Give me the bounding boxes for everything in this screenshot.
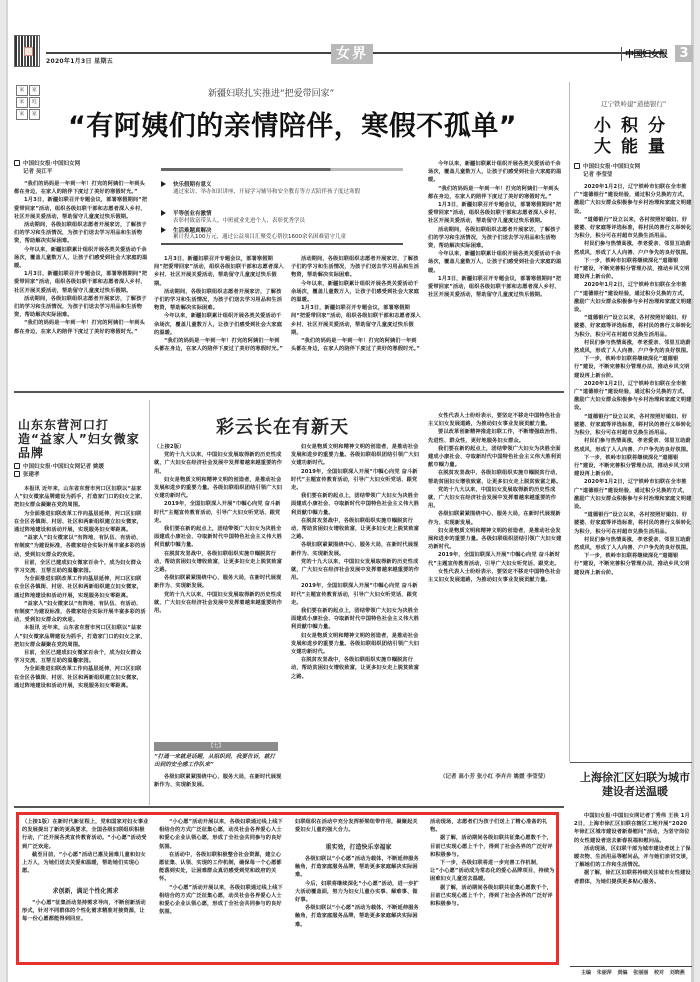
middle-body-col3: 女性代表人士纷纷表示，要坚定不移走中国特色社会主义妇女发展道路，为推动妇女事业发… (428, 412, 562, 768)
lead-body-col3: 活动期间，各级妇联组织志愿者开展家访，了解孩子们的学习和生活情况，为孩子们送去学… (291, 255, 421, 383)
pull-quote-text: “打通一来就是话题，从组织到，我要告诉，就打出到的安全感工作队来” (154, 753, 278, 769)
middle-body-col2: 妇女是物质文明和精神文明的创造者，是推动社会发展和进步的重要力量。各级妇联组织团… (291, 443, 421, 803)
middle-headline[interactable]: 彩云长在有新天 (216, 413, 349, 439)
right-kicker: 辽宁铁岭建“道德银行” (601, 99, 666, 108)
left-body: 本报讯 近年来，山东省东营市河口区妇联以“益家人”妇女微家品牌建设为抓手，打造家… (14, 485, 146, 803)
lead-byline: 中国妇女报·中国妇女网 记者 吴江平 (14, 160, 80, 176)
highlight-col2: “小心愿”活动开展以来，各级妇联通过线上线下相结合的方式广泛征集心愿，动员社会各… (159, 818, 286, 961)
column-logo-icon: 家家 家庭 家家 (16, 85, 40, 117)
section-rule (14, 391, 564, 393)
middle-body-col1b: 各级妇联紧紧围绕中心、服务大局，在新时代展现新作为、实现新发展。 (154, 773, 284, 803)
highlight-col4: 活动现场，志愿者们为孩子们送上了精心准备的礼物。 据了解，活动期间各级妇联共征集… (430, 818, 555, 961)
column-divider (569, 82, 570, 762)
right-byline: 中国妇女报·中国妇女网 记者 李莹莹 (574, 163, 640, 179)
highlight-col3b: 各级妇联以“小心愿”活动为载体，不断延伸服务触角，打造家庭服务品牌，帮助更多家庭… (295, 855, 422, 961)
lead-headline[interactable]: “有阿姨们的亲情陪伴，寒假不孤单” (68, 104, 517, 143)
pull-quote-label: 【七】 (154, 742, 278, 751)
byline-box-icon (14, 471, 20, 477)
editor-credits: 主编 朱丽萍 责编 张丽丽 校对 刘晓燕 (581, 969, 685, 976)
lead-body-col1: “我们的妈妈是一年到一年！打完的阿姨们一年到头都在身边，在家人的陪伴下度过了美好… (14, 180, 149, 385)
byline-box-icon (14, 160, 20, 166)
highlight-col3: 妇联组织在活动中充分发挥桥梁纽带作用，凝聚起关爱妇女儿童的强大合力。 (295, 818, 422, 842)
qr-code[interactable] (14, 35, 40, 67)
left-headline[interactable]: 山东东营河口打造“益家人”妇女微家品牌 (18, 418, 143, 460)
lead-body-col2: 1月3日，新疆妇联召开专题会议，部署寒假期间“把爱带回家”活动，组织各级妇联干部… (154, 255, 284, 383)
right-body: 2020年1月2日，辽宁铁岭市妇联在全市推广“道德银行”建设经验，通过积分兑换的… (574, 183, 692, 761)
footer-rule (570, 966, 692, 967)
newspaper-page: 2020年1月3日 星期五 女界 中国妇女报 3 家家 家庭 家家 新疆妇联扎实… (6, 0, 694, 982)
issue-date: 2020年1月3日 星期五 (46, 56, 113, 65)
right-headline[interactable]: 小积分 大能量 (594, 116, 690, 158)
byline-box-icon (14, 463, 20, 469)
triangle-bullet-icon (161, 181, 166, 187)
lead-body-col4: 今年以来，新疆妇联累计组织开展各类关爱活动千余场次，覆盖儿童数万人，让孩子们感受… (428, 160, 562, 383)
newspaper-brand: 中国妇女报 (625, 47, 668, 60)
highlight-col1: （上接1版）在新时代新征程上，党和国家对妇女事业的发展提出了新的更高要求，全国各… (22, 818, 149, 884)
highlighted-article-box[interactable]: （上接1版）在新时代新征程上，党和国家对妇女事业的发展提出了新的更高要求，全国各… (16, 812, 559, 965)
brand-divider (621, 47, 622, 61)
box-bottom-rule (161, 243, 403, 245)
section-rule (14, 806, 564, 808)
section-rule (570, 762, 692, 763)
highlight-subhead-2: 重实效，打造快乐幸福家 (295, 843, 422, 853)
column-divider (149, 400, 150, 805)
page-number: 3 (675, 45, 693, 62)
byline-box-icon (574, 163, 580, 169)
lead-highlights-box: 快乐假期有意义 通过家访、举办知识讲座、开展学习辅导和安全教育等方式陪伴孩子度过… (161, 168, 433, 246)
section-label: 女界 (331, 44, 373, 64)
left-byline: 中国妇女报·中国妇女网记者 姚媛 张建孝 (14, 463, 104, 479)
bottom-right-body: 中国妇女报·中国妇女网记者丁秀伟 王侠 1月2日，上海市徐汇区妇联在辖区工地开展… (574, 812, 692, 962)
triangle-bullet-icon (161, 227, 166, 233)
highlight-subhead-1: 求创新，满足个性化需求 (22, 887, 149, 897)
highlight-col1b: “小心愿”征集活动坚持需求导向，不断创新活动形式，针对不同群体的个性化需求精准对… (22, 899, 149, 961)
box-top-rule (161, 168, 403, 171)
middle-signature: （记者 高小芳 张小红 李卉卉 姚媛 李莹莹） (440, 773, 560, 781)
bottom-right-headline[interactable]: 上海徐汇区妇联为城市建设者送温暖 (577, 771, 693, 799)
middle-body-col1: （上接2版） 党的十九大以来，中国妇女发展取得新的历史性成就，广大妇女在经济社会… (154, 443, 284, 739)
triangle-bullet-icon (161, 210, 166, 216)
lead-kicker: 新疆妇联扎实推进“把爱带回家” (208, 86, 334, 99)
